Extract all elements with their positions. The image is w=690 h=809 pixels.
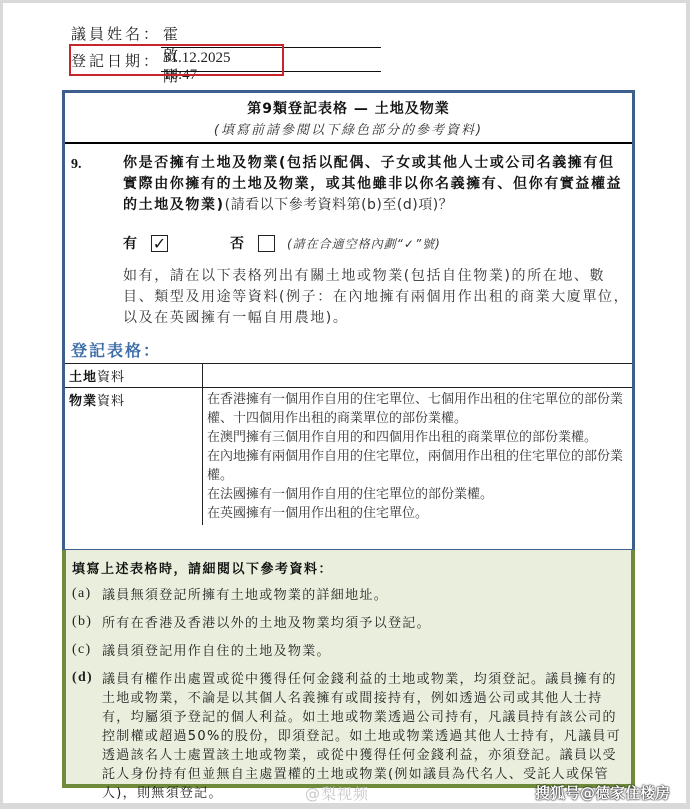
land-label-bold: 土地 xyxy=(69,370,97,385)
reference-tag: (a) xyxy=(72,586,102,605)
yes-checkbox[interactable]: ✓ xyxy=(151,235,168,252)
property-label-cell: 物業資料 xyxy=(65,388,203,526)
instructions-text: 如有，請在以下表格列出有關土地或物業(包括自住物業)的所在地、數目、類型及用途等… xyxy=(123,266,633,329)
property-line: 在澳門擁有三個用作自用的和四個用作出租的商業單位的部份業權。 xyxy=(207,428,628,447)
question-reference: (請看以下參考資料第(b)至(d)項)？ xyxy=(225,197,454,213)
form-heading: 登記表格： xyxy=(71,338,161,361)
reference-title: 填寫上述表格時，請細閱以下參考資料： xyxy=(72,558,625,577)
yes-no-row: 有 ✓ 否 (請在合適空格內劃“✓”號) xyxy=(123,233,441,253)
no-label: 否 xyxy=(230,233,244,253)
reference-text: 議員無須登記所擁有土地或物業的詳細地址。 xyxy=(102,586,625,605)
property-line: 在英國擁有一個用作出租的住宅單位。 xyxy=(207,504,628,523)
form-subtitle: (填寫前請參閱以下綠色部分的參考資料) xyxy=(65,119,632,138)
property-line: 在法國擁有一個用作自用的住宅單位的部份業權。 xyxy=(207,485,628,504)
property-label-normal: 資料 xyxy=(97,394,125,409)
reference-notes-box: 填寫上述表格時，請細閱以下參考資料： (a) 議員無須登記所擁有土地或物業的詳細… xyxy=(62,550,635,788)
weibo-watermark: @梨视频 xyxy=(305,783,369,804)
registration-form-box: 第9類登記表格 — 土地及物業 (填寫前請參閱以下綠色部分的參考資料) 9. 你… xyxy=(62,90,635,552)
form-title: 第9類登記表格 — 土地及物業 xyxy=(65,98,632,118)
member-name-row: 議員姓名： 霍啟剛 xyxy=(71,23,161,44)
reference-item: (b) 所有在香港及香港以外的土地及物業均須予以登記。 xyxy=(72,614,625,633)
reference-item: (c) 議員須登記用作自住的土地及物業。 xyxy=(72,642,625,661)
land-value-cell xyxy=(203,364,633,388)
land-label-cell: 土地資料 xyxy=(65,364,203,388)
table-row-property: 物業資料 在香港擁有一個用作自用的住宅單位、七個用作出租的住宅單位的部份業權、十… xyxy=(65,388,632,526)
property-value-cell: 在香港擁有一個用作自用的住宅單位、七個用作出租的住宅單位的部份業權、十四個用作出… xyxy=(203,388,633,526)
checkbox-note: (請在合適空格內劃“✓”號) xyxy=(287,235,441,252)
yes-label: 有 xyxy=(123,233,137,253)
reference-item: (a) 議員無須登記所擁有土地或物業的詳細地址。 xyxy=(72,586,625,605)
document-page: 議員姓名： 霍啟剛 登記日期： 31.12.2025 16:47 第9類登記表格… xyxy=(3,3,686,803)
question-text: 你是否擁有土地及物業(包括以配偶、子女或其他人士或公司名義擁有但實際由你擁有的土… xyxy=(123,153,623,216)
no-checkbox[interactable] xyxy=(258,235,275,252)
reference-tag: (c) xyxy=(72,642,102,661)
land-label-normal: 資料 xyxy=(97,370,125,385)
question-number: 9. xyxy=(71,157,82,173)
table-row-land: 土地資料 xyxy=(65,364,632,388)
registration-table: 土地資料 物業資料 在香港擁有一個用作自用的住宅單位、七個用作出租的住宅單位的部… xyxy=(65,363,632,525)
property-label-bold: 物業 xyxy=(69,394,97,409)
reference-tag: (d) xyxy=(72,670,102,803)
property-line: 在香港擁有一個用作自用的住宅單位、七個用作出租的住宅單位的部份業權、十四個用作出… xyxy=(207,390,628,428)
reference-text: 議員須登記用作自住的土地及物業。 xyxy=(102,642,625,661)
member-name-label: 議員姓名： xyxy=(71,23,161,44)
reference-tag: (b) xyxy=(72,614,102,633)
reference-text: 所有在香港及香港以外的土地及物業均須予以登記。 xyxy=(102,614,625,633)
date-highlight-box xyxy=(69,44,284,76)
property-line: 在內地擁有兩個用作自用的住宅單位，兩個用作出租的住宅單位的部份業權。 xyxy=(207,447,628,485)
sohu-watermark: 搜狐号@德家住楼房 xyxy=(535,782,670,803)
title-divider xyxy=(65,142,632,144)
